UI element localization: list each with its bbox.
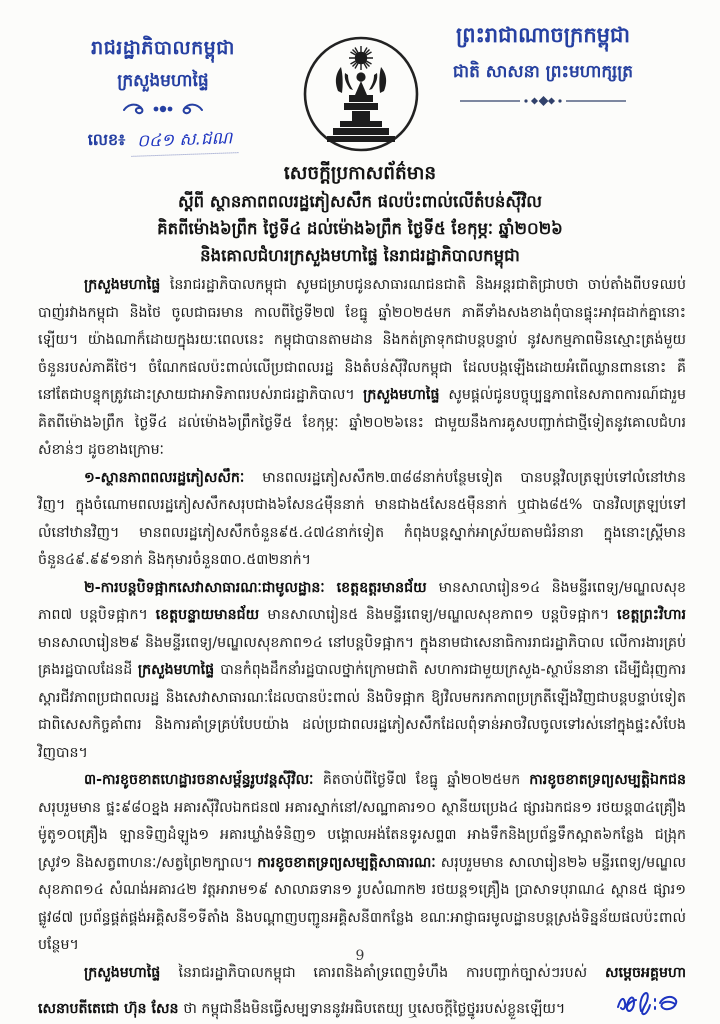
blue-ink-initials-signature [569, 987, 681, 1024]
reference-number-handwritten: ០៤១ ស.ជណ [130, 127, 238, 157]
kingdom-motto-line2: ជាតិ សាសនា ព្រះមហាក្សត្រ [388, 61, 698, 86]
text-segment: គិតចាប់ពីថ្ងៃទី៧ ខែធ្នូ ឆ្នាំ២០២៥មក [323, 772, 529, 788]
text-segment: ក្រសួងមហាផ្ទៃ [138, 662, 220, 678]
text-segment: ខេត្តព្រះវិហារ [617, 607, 686, 623]
document-body: ក្រសួងមហាផ្ទៃ នៃរាជរដ្ឋាភិបាលកម្ពុជា សូម… [38, 272, 686, 1024]
title-line-3: គិតពីម៉ោង៦ព្រឹក ថ្ងៃទី៤ ដល់ម៉ោង៦ព្រឹក ថ្… [40, 215, 680, 242]
paragraph-section-1: ១-ស្ថានភាពពលរដ្ឋភៀសសឹកៈ មានពលរដ្ឋភៀសសឹក២… [38, 465, 686, 575]
paragraph-closing: ក្រសួងមហាផ្ទៃ នៃរាជរដ្ឋាភិបាលកម្ពុជា គោរ… [38, 960, 686, 1024]
government-name: រាជរដ្ឋាភិបាលកម្ពុជា [28, 36, 298, 64]
reference-number-line: លេខ៖ ០៤១ ស.ជណ [28, 129, 298, 155]
paragraph-section-3: ៣-ការខូចខាតហេដ្ឋារចនាសម្ព័ន្ធរូបវន្តស៊ីវ… [38, 767, 686, 960]
header-right: ព្រះរាជាណាចក្រកម្ពុជា ជាតិ សាសនា ព្រះមហា… [388, 22, 698, 111]
text-segment: ការខូចខាតទ្រព្យសម្បត្តិសាធារណៈ [257, 855, 440, 871]
text-segment: នៃរាជរដ្ឋាភិបាលកម្ពុជា គោរពនិងគាំទ្រពេញទ… [179, 965, 605, 981]
reference-label: លេខ៖ [88, 130, 126, 149]
text-segment: ក្រសួងមហាផ្ទៃ [363, 387, 448, 403]
text-segment: ក្រសួងមហាផ្ទៃ [84, 277, 170, 293]
title-line-1: សេចក្តីប្រកាសព័ត៌មាន [40, 160, 680, 188]
text-segment: ការខូចខាតទ្រព្យសម្បត្តិឯកជន [529, 772, 686, 788]
text-segment: ខេត្តបន្ទាយមានជ័យ [156, 607, 268, 623]
kingdom-motto-line1: ព្រះរាជាណាចក្រកម្ពុជា [388, 22, 698, 53]
text-segment: មានសាលារៀន៥ និងមន្ទីរពេទ្យ/មណ្ឌលសុខភាព១ … [267, 607, 617, 623]
ministry-name: ក្រសួងមហាផ្ទៃ [28, 70, 298, 95]
paragraph-section-2: ២-ការបន្តបិទផ្អាកសេវាសាធារណៈជាមូលដ្ឋានៈ … [38, 575, 686, 768]
section-1-heading: ១-ស្ថានភាពពលរដ្ឋភៀសសឹកៈ [84, 470, 262, 486]
text-segment: ក្រសួងមហាផ្ទៃ [84, 965, 179, 981]
page-number: 9 [0, 948, 720, 964]
title-line-4: និងគោលជំហរក្រសួងមហាផ្ទៃ នៃរាជរដ្ឋាភិបាលក… [40, 242, 680, 269]
scroll-flourish-icon [28, 101, 298, 121]
document-page: រាជរដ្ឋាភិបាលកម្ពុជា ក្រសួងមហាផ្ទៃ លេខ៖ … [0, 0, 720, 1024]
paragraph-intro: ក្រសួងមហាផ្ទៃ នៃរាជរដ្ឋាភិបាលកម្ពុជា សូម… [38, 272, 686, 465]
section-3-heading: ៣-ការខូចខាតហេដ្ឋារចនាសម្ព័ន្ធរូបវន្តស៊ីវ… [84, 772, 323, 788]
text-segment: នៃរាជរដ្ឋាភិបាលកម្ពុជា សូមជម្រាបជូនសាធារ… [38, 277, 686, 403]
header-left: រាជរដ្ឋាភិបាលកម្ពុជា ក្រសួងមហាផ្ទៃ លេខ៖ … [28, 36, 298, 155]
section-2-heading: ២-ការបន្តបិទផ្អាកសេវាសាធារណៈជាមូលដ្ឋានៈ [84, 580, 337, 596]
text-segment: ថា កម្ពុជានឹងមិនធ្វើសម្បទាននូវអធិបតេយ្យ … [183, 1001, 565, 1017]
document-title: សេចក្តីប្រកាសព័ត៌មាន ស្តីពី ស្ថានភាពពលរដ… [40, 160, 680, 269]
knot-divider-icon [388, 92, 698, 111]
text-segment: ខេត្តឧត្តរមានជ័យ [337, 580, 439, 596]
title-line-2: ស្តីពី ស្ថានភាពពលរដ្ឋភៀសសឹក ផលប៉ះពាល់លើត… [40, 188, 680, 215]
